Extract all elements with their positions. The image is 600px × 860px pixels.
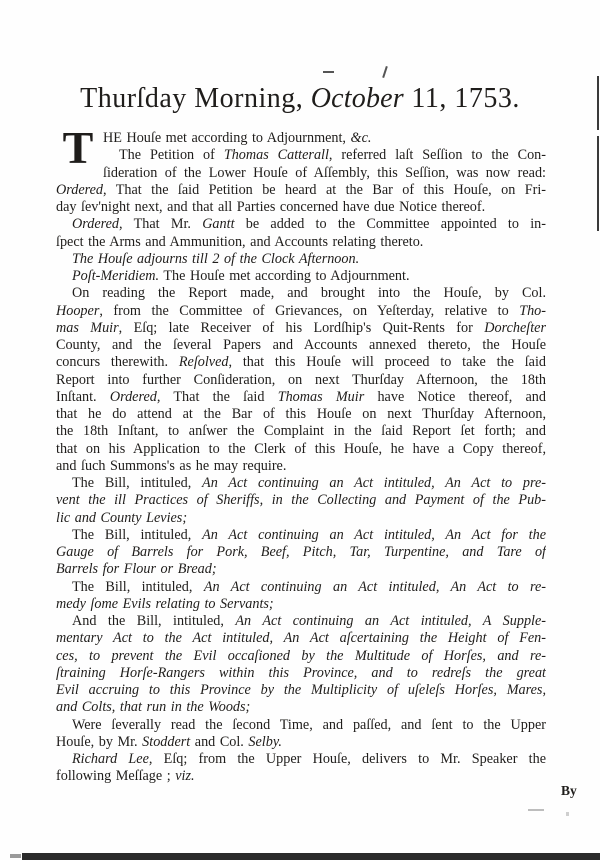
text-segment: Inſtant. <box>56 389 110 405</box>
text-line: ſideration of the Lower Houſe of Aſſembl… <box>103 165 546 182</box>
paragraph: The Bill, intituled, An Act continuing a… <box>56 527 546 579</box>
text-segment: and ſuch Summons's as he may require. <box>56 458 286 474</box>
text-segment: Evil accruing to this Province by the Mu… <box>56 682 546 698</box>
text-segment: lic and County Levies; <box>56 510 187 526</box>
scan-artifact-slash <box>382 66 388 78</box>
catchword: By <box>561 783 577 799</box>
text-line: the 18th Inſtant, to anſwer the Complain… <box>56 423 546 440</box>
text-segment: Barrels for Flour or Bread; <box>56 561 217 577</box>
text-segment: October <box>311 83 404 114</box>
text-line: and ſuch Summons's as he may require. <box>56 458 546 475</box>
text-segment: , Eſq; late Receiver of his Lordſhip's Q… <box>119 320 485 336</box>
text-segment: On reading the Report made, and brought … <box>72 285 546 301</box>
text-segment: Selby. <box>248 734 282 750</box>
scan-artifact-edge-line <box>597 76 599 130</box>
text-line: Report into further Conſideration, on ne… <box>56 372 546 389</box>
text-segment: An Act continuing an Act intituled, An A… <box>202 527 546 543</box>
text-segment: viz. <box>175 768 194 784</box>
text-line: ces, to prevent the Evil occaſioned by t… <box>56 648 546 665</box>
text-segment: Report into further Conſideration, on ne… <box>56 372 546 388</box>
text-segment: vent the ill Practices of Sheriffs, in t… <box>56 492 546 508</box>
text-segment: The Bill, intituled, <box>72 475 202 491</box>
text-line: lic and County Levies; <box>56 510 546 527</box>
text-line: Gauge of Barrels for Pork, Beef, Pitch, … <box>56 544 546 561</box>
paragraph: And the Bill, intituled, An Act continui… <box>56 613 546 717</box>
paragraph: The Houſe adjourns till 2 of the Clock A… <box>56 251 546 268</box>
text-line: concurs therewith. Reſolved, that this H… <box>56 354 546 371</box>
text-segment: The Houſe met according to Adjournment. <box>159 268 409 284</box>
document-body: THE Houſe met according to Adjournment, … <box>56 130 546 786</box>
text-line: Inſtant. Ordered, That the ſaid Thomas M… <box>56 389 546 406</box>
text-segment: medy ſome Evils relating to Servants; <box>56 596 274 612</box>
text-line: ſtraining Horſe-Rangers within this Prov… <box>56 665 546 682</box>
text-segment: Thomas Catterall <box>224 147 329 163</box>
text-line: Hooper, from the Committee of Grievances… <box>56 303 546 320</box>
text-segment: Stoddert <box>142 734 190 750</box>
text-line: vent the ill Practices of Sheriffs, in t… <box>56 492 546 509</box>
text-line: that on his Application to the Clerk of … <box>56 441 546 458</box>
text-line: The Bill, intituled, An Act continuing a… <box>56 527 546 544</box>
text-segment: that he do attend at the Bar of this Hou… <box>56 406 546 422</box>
page-title: Thurſday Morning, October 11, 1753. <box>0 83 600 115</box>
text-segment: Poſt-Meridiem. <box>72 268 159 284</box>
text-segment: Houſe, by Mr. <box>56 734 142 750</box>
text-segment: ſideration of the Lower Houſe of Aſſembl… <box>103 165 546 181</box>
text-segment: Ordered <box>72 216 119 232</box>
text-line: mas Muir, Eſq; late Receiver of his Lord… <box>56 320 546 337</box>
text-segment: Ordered <box>110 389 157 405</box>
text-line: day ſev'night next, and that all Parties… <box>56 199 546 216</box>
scanned-document-page: Thurſday Morning, October 11, 1753. THE … <box>0 0 600 860</box>
text-line: Houſe, by Mr. Stoddert and Col. Selby. <box>56 734 546 751</box>
text-segment: be added to the Committee appointed to i… <box>235 216 546 232</box>
text-segment: Ordered <box>56 182 103 198</box>
text-line: and Colts, that run in the Woods; <box>56 699 546 716</box>
text-segment: Thurſday Morning, <box>80 83 311 114</box>
text-segment: Thomas Muir <box>278 389 365 405</box>
text-line: The Bill, intituled, An Act continuing a… <box>56 579 546 596</box>
text-segment: 11, 1753. <box>404 83 520 114</box>
scan-artifact-bar-lead <box>10 854 21 858</box>
scan-gutter-bar <box>22 853 600 860</box>
text-line: Were ſeverally read the ſecond Time, and… <box>56 717 546 734</box>
text-segment: that on his Application to the Clerk of … <box>56 441 546 457</box>
text-line: mentary Act to the Act intituled, An Act… <box>56 630 546 647</box>
text-line: Ordered, That Mr. Gantt be added to the … <box>56 216 546 233</box>
text-segment: and Colts, that run in the Woods; <box>56 699 250 715</box>
text-line: Evil accruing to this Province by the Mu… <box>56 682 546 699</box>
text-segment: Gantt <box>202 216 234 232</box>
text-segment: ſtraining Horſe-Rangers within this Prov… <box>56 665 546 681</box>
text-segment: , referred laſt Seſſion to the Con- <box>329 147 546 163</box>
text-segment: Dorcheſter <box>484 320 546 336</box>
text-line: County, and the ſeveral Papers and Accou… <box>56 337 546 354</box>
text-segment: and Col. <box>190 734 248 750</box>
text-segment: An Act continuing an Act intituled, An A… <box>202 475 546 491</box>
text-segment: , That Mr. <box>119 216 202 232</box>
text-line: ſpect the Arms and Ammunition, and Accou… <box>56 234 546 251</box>
paragraph: Richard Lee, Eſq; from the Upper Houſe, … <box>56 751 546 786</box>
text-segment: , That the ſaid <box>157 389 278 405</box>
text-segment: Gauge of Barrels for Pork, Beef, Pitch, … <box>56 544 546 560</box>
text-segment: Tho- <box>519 303 546 319</box>
text-line: Poſt-Meridiem. The Houſe met according t… <box>56 268 546 285</box>
text-segment: County, and the ſeveral Papers and Accou… <box>56 337 546 353</box>
text-line: On reading the Report made, and brought … <box>56 285 546 302</box>
text-segment: HE Houſe met according to Adjournment, <box>103 130 351 146</box>
text-line: The Bill, intituled, An Act continuing a… <box>56 475 546 492</box>
paragraph: The Bill, intituled, An Act continuing a… <box>56 579 546 614</box>
text-segment: The Petition of <box>119 147 224 163</box>
scan-artifact-dash <box>323 71 334 73</box>
text-segment: An Act continuing an Act intituled, A Su… <box>235 613 546 629</box>
text-line: that he do attend at the Bar of this Hou… <box>56 406 546 423</box>
text-segment: , Eſq; from the Upper Houſe, delivers to… <box>149 751 546 767</box>
text-segment: , That the ſaid Petition be heard at the… <box>103 182 546 198</box>
scan-artifact-edge-line <box>597 136 599 231</box>
text-segment: mentary Act to the Act intituled, An Act… <box>56 630 546 646</box>
text-segment: An Act continuing an Act intituled, An A… <box>204 579 546 595</box>
text-segment: mas Muir <box>56 320 119 336</box>
text-segment: The Houſe adjourns till 2 of the Clock A… <box>72 251 359 267</box>
text-line: following Meſſage ; viz. <box>56 768 546 785</box>
text-line: medy ſome Evils relating to Servants; <box>56 596 546 613</box>
text-segment: The Bill, intituled, <box>72 527 202 543</box>
paragraph: Poſt-Meridiem. The Houſe met according t… <box>56 268 546 285</box>
text-segment: have Notice thereof, and <box>364 389 546 405</box>
text-line: And the Bill, intituled, An Act continui… <box>56 613 546 630</box>
text-segment: Hooper <box>56 303 99 319</box>
text-line: Richard Lee, Eſq; from the Upper Houſe, … <box>56 751 546 768</box>
text-segment: , from the Committee of Grievances, on Y… <box>99 303 519 319</box>
text-segment: the 18th Inſtant, to anſwer the Complain… <box>56 423 546 439</box>
text-segment: &c. <box>351 130 372 146</box>
text-line: The Houſe adjourns till 2 of the Clock A… <box>56 251 546 268</box>
text-segment: ſpect the Arms and Ammunition, and Accou… <box>56 234 423 250</box>
scan-artifact-dash <box>528 809 544 811</box>
text-segment: ces, to prevent the Evil occaſioned by t… <box>56 648 546 664</box>
paragraph: THE Houſe met according to Adjournment, … <box>56 130 546 216</box>
paragraph: Ordered, That Mr. Gantt be added to the … <box>56 216 546 251</box>
text-segment: The Bill, intituled, <box>72 579 204 595</box>
text-line: Ordered, That the ſaid Petition be heard… <box>56 182 546 199</box>
text-segment: Richard Lee <box>72 751 149 767</box>
text-segment: Reſolved <box>179 354 229 370</box>
scan-artifact-dot <box>566 812 569 816</box>
text-line: The Petition of Thomas Catterall, referr… <box>103 147 546 164</box>
drop-cap: T <box>61 131 95 165</box>
paragraph: Were ſeverally read the ſecond Time, and… <box>56 717 546 752</box>
text-segment: And the Bill, intituled, <box>72 613 235 629</box>
paragraph: The Bill, intituled, An Act continuing a… <box>56 475 546 527</box>
text-segment: Were ſeverally read the ſecond Time, and… <box>72 717 546 733</box>
paragraph: On reading the Report made, and brought … <box>56 285 546 475</box>
text-segment: day ſev'night next, and that all Parties… <box>56 199 485 215</box>
text-line: Barrels for Flour or Bread; <box>56 561 546 578</box>
text-segment: concurs therewith. <box>56 354 179 370</box>
text-line: HE Houſe met according to Adjournment, &… <box>103 130 546 147</box>
text-segment: , that this Houſe will proceed to take t… <box>229 354 547 370</box>
text-segment: following Meſſage ; <box>56 768 175 784</box>
